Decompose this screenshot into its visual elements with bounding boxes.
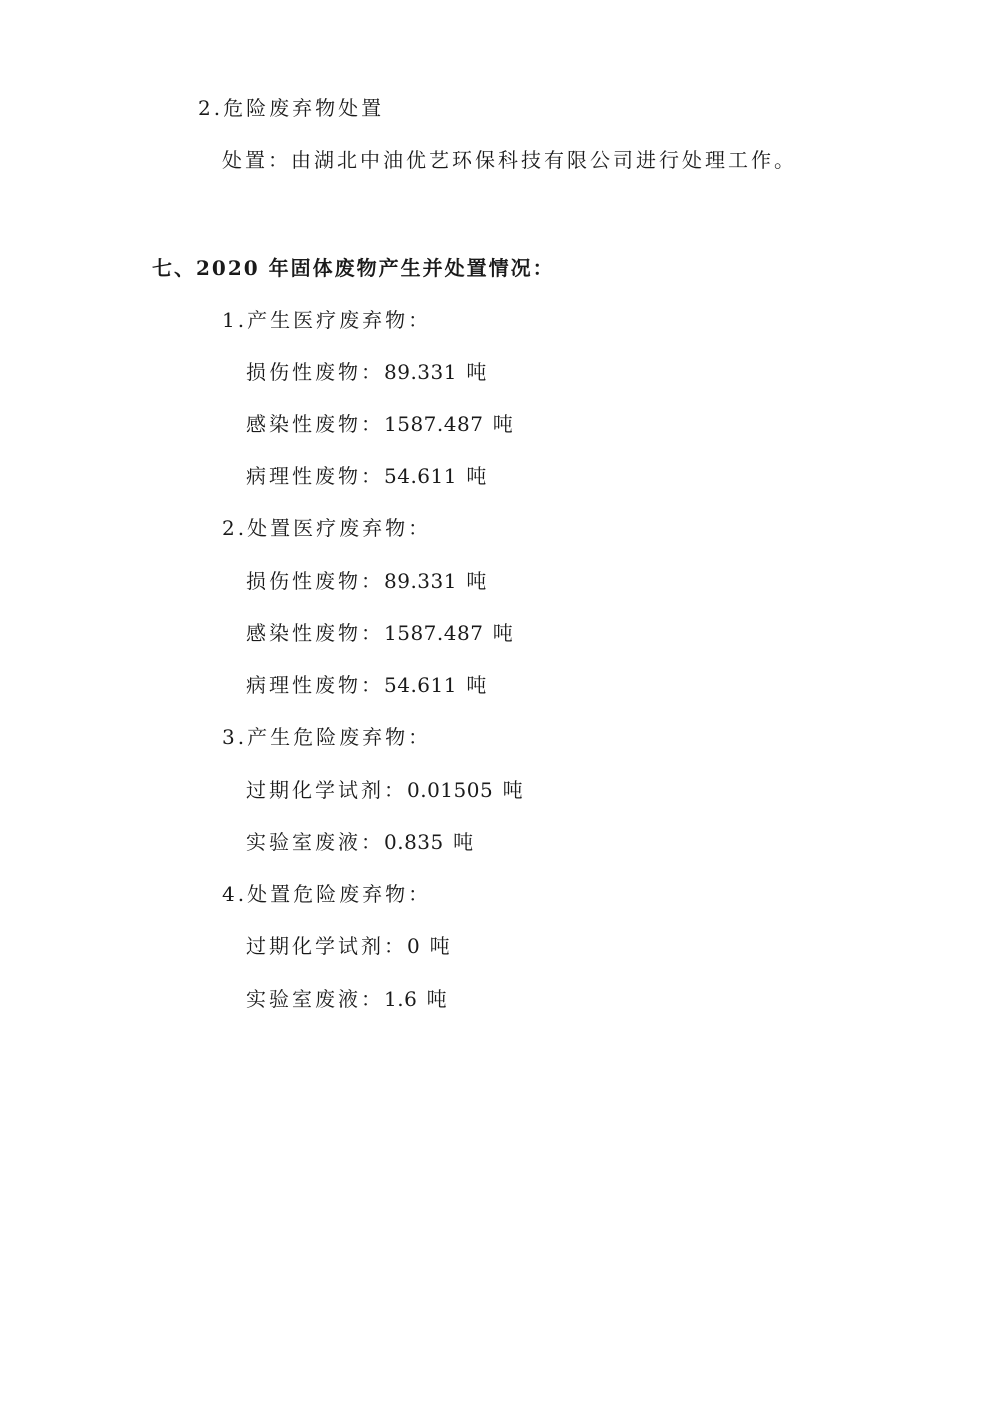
entry-row: 实验室废液：0.835 吨 xyxy=(246,828,476,856)
entry-value: 1.6 xyxy=(384,987,417,1011)
entry-unit: 吨 xyxy=(444,830,476,854)
entry-label: 实验室废液： xyxy=(246,987,384,1011)
entry-value: 89.331 xyxy=(384,360,457,384)
entry-unit: 吨 xyxy=(493,778,525,802)
disposal-paragraph: 处置：由湖北中油优艺环保科技有限公司进行处理工作。 xyxy=(222,146,797,174)
entry-row: 过期化学试剂：0.01505 吨 xyxy=(246,776,526,804)
entry-unit: 吨 xyxy=(457,569,489,593)
entry-value: 89.331 xyxy=(384,569,457,593)
item-title: 1.产生医疗废弃物： xyxy=(222,306,431,334)
entry-row: 实验室废液：1.6 吨 xyxy=(246,985,450,1013)
entry-row: 损伤性废物：89.331 吨 xyxy=(246,358,489,386)
entry-value: 0 xyxy=(407,934,420,958)
entry-label: 损伤性废物： xyxy=(246,569,384,593)
entry-label: 损伤性废物： xyxy=(246,360,384,384)
item-title: 4.处置危险废弃物： xyxy=(222,880,431,908)
entry-value: 54.611 xyxy=(384,673,457,697)
item-title: 3.产生危险废弃物： xyxy=(222,723,431,751)
subsection-title-hazardous-disposal: 2.危险废弃物处置 xyxy=(198,94,384,122)
entry-label: 过期化学试剂： xyxy=(246,934,407,958)
entry-unit: 吨 xyxy=(483,412,515,436)
entry-unit: 吨 xyxy=(457,360,489,384)
entry-value: 54.611 xyxy=(384,464,457,488)
section-heading: 七、2020 年固体废物产生并处置情况： xyxy=(152,254,555,282)
entry-label: 感染性废物： xyxy=(246,621,384,645)
subsection-title-text: 2.危险废弃物处置 xyxy=(198,96,384,120)
entry-unit: 吨 xyxy=(417,987,449,1011)
item-title: 2.处置医疗废弃物： xyxy=(222,514,431,542)
entry-unit: 吨 xyxy=(457,673,489,697)
entry-value: 1587.487 xyxy=(384,621,483,645)
entry-label: 病理性废物： xyxy=(246,673,384,697)
entry-row: 病理性废物：54.611 吨 xyxy=(246,671,489,699)
entry-value: 1587.487 xyxy=(384,412,483,436)
entry-row: 感染性废物：1587.487 吨 xyxy=(246,410,516,438)
entry-row: 感染性废物：1587.487 吨 xyxy=(246,619,516,647)
entry-unit: 吨 xyxy=(420,934,452,958)
entry-value: 0.01505 xyxy=(407,778,493,802)
entry-label: 过期化学试剂： xyxy=(246,778,407,802)
entry-label: 感染性废物： xyxy=(246,412,384,436)
entry-row: 损伤性废物：89.331 吨 xyxy=(246,567,489,595)
disposal-text: 由湖北中油优艺环保科技有限公司进行处理工作。 xyxy=(291,148,797,172)
disposal-label: 处置： xyxy=(222,148,291,172)
entry-row: 病理性废物：54.611 吨 xyxy=(246,462,489,490)
entry-label: 实验室废液： xyxy=(246,830,384,854)
entry-value: 0.835 xyxy=(384,830,444,854)
entry-unit: 吨 xyxy=(457,464,489,488)
entry-row: 过期化学试剂：0 吨 xyxy=(246,932,453,960)
entry-unit: 吨 xyxy=(483,621,515,645)
entry-label: 病理性废物： xyxy=(246,464,384,488)
